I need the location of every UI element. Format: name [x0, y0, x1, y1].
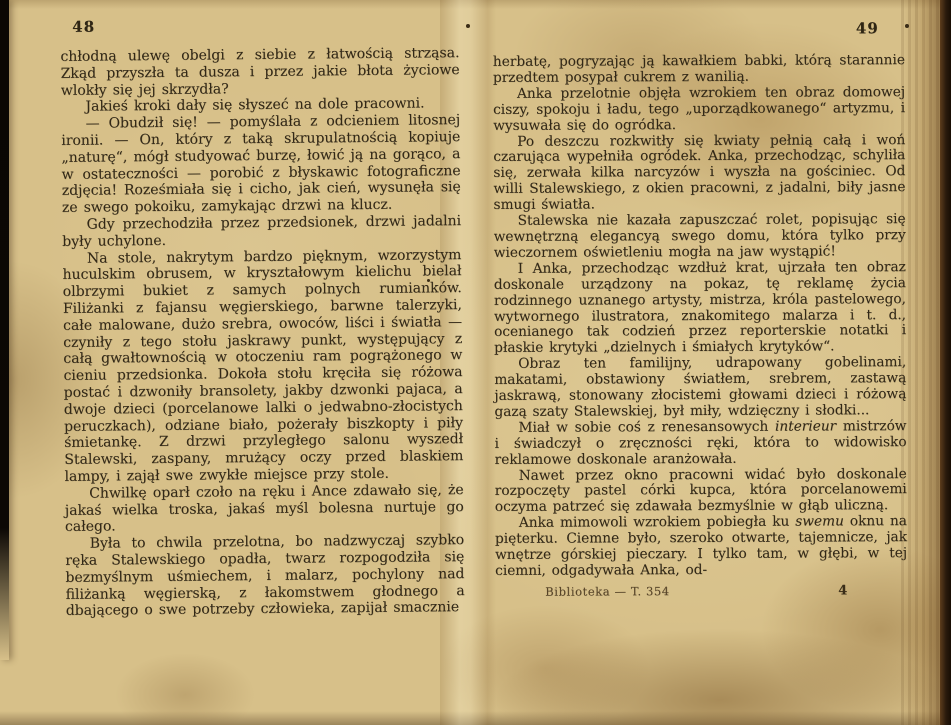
footer-imprint: Biblioteka — T. 354: [545, 584, 670, 599]
paragraph: Anka przelotnie objęła wzrokiem ten obra…: [493, 85, 905, 135]
paragraph: Anka mimowoli wzrokiem pobiegła ku swemu…: [495, 514, 907, 579]
paragraph: chłodną ulewę obelgi z siebie z łatwości…: [60, 45, 459, 99]
footer-signature-mark: 4: [838, 583, 847, 598]
page-number-right: 49: [493, 19, 905, 39]
right-edge-shadow: [940, 0, 951, 725]
paragraph: Po deszczu rozkwitły się kwiaty pełnią c…: [493, 133, 905, 214]
paragraph: Miał w sobie coś z renesansowych interie…: [494, 419, 906, 469]
paragraph: — Obudził się! — pomyślała z odcieniem l…: [61, 112, 461, 217]
paragraph: I Anka, przechodząc wzdłuż krat, ujrzała…: [494, 260, 906, 357]
italic-word: swemu: [795, 514, 844, 530]
paragraph: Gdy przechodziła przez przedsionek, drzw…: [62, 213, 461, 250]
book-scan: 48 chłodną ulewę obelgi z siebie z łatwo…: [0, 0, 951, 725]
paragraph-segment: Miał w sobie coś z renesansowych: [518, 419, 775, 436]
paragraph: Była to chwila przelotna, bo nadzwyczaj …: [65, 532, 465, 620]
paragraph: Nawet przez okno pracowni widać było dos…: [495, 467, 907, 517]
paragraph: Na stole, nakrytym bardzo pięknym, wzorz…: [62, 247, 463, 486]
right-page-text: herbatę, pogryzając ją kawałkiem babki, …: [493, 53, 907, 580]
paragraph: Stalewska nie kazała zapuszczać rolet, p…: [494, 212, 906, 262]
paragraph-segment: Anka mimowoli wzrokiem pobiegła ku: [519, 514, 795, 531]
page-footer: Biblioteka — T. 354 4: [495, 583, 907, 600]
paragraph: Obraz ten familijny, udrapowany gobelina…: [494, 355, 906, 420]
paragraph: Chwilkę oparł czoło na ręku i Ance zdawa…: [65, 482, 464, 536]
italic-word: interieur: [775, 418, 836, 434]
left-page-text: chłodną ulewę obelgi z siebie z łatwości…: [60, 45, 464, 620]
left-page: 48 chłodną ulewę obelgi z siebie z łatwo…: [60, 14, 465, 620]
right-page: 49 herbatę, pogryzając ją kawałkiem babk…: [493, 19, 908, 600]
ink-speck: [466, 24, 470, 28]
page-number-left: 48: [60, 14, 459, 36]
paragraph: herbatę, pogryzając ją kawałkiem babki, …: [493, 53, 905, 87]
page-fore-edge: [901, 0, 941, 725]
ink-speck: [905, 24, 909, 28]
left-binding-shadow: [0, 0, 9, 660]
